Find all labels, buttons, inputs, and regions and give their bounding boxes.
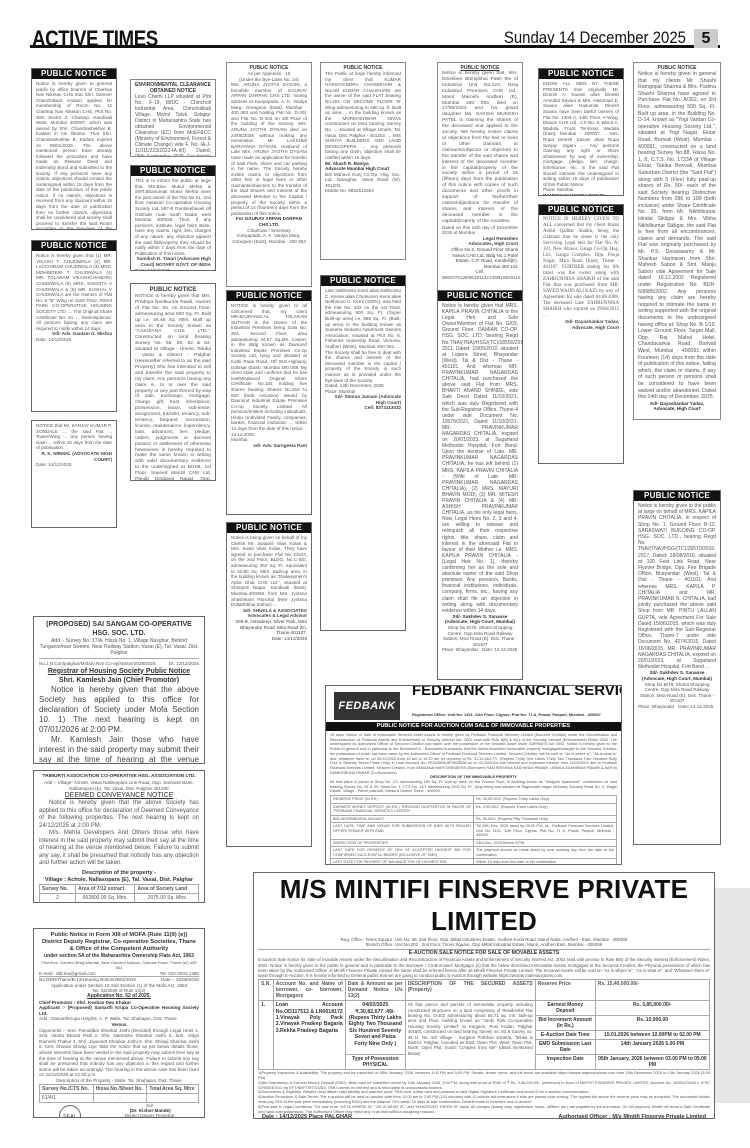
notice-body-2: M/s. Mehta Developers And Others those w… — [39, 830, 199, 868]
notice-dysani: PUBLIC NOTICE As per Appendix - 10 (Unde… — [226, 62, 312, 287]
notice-shaikh: PUBLIC NOTICE NOTICE IS HEREBY GIVEN TO … — [538, 204, 624, 464]
notice-kerni: PUBLIC NOTICE Late Nelthonso Kerni alias… — [320, 275, 406, 631]
notice-body: Notice is being given on behalf of my Cl… — [231, 535, 307, 608]
notice-heading: PUBLIC NOTICE — [539, 205, 623, 215]
table-row: LAST DATE, TIME AND VENUE FOR SUBMISSION… — [331, 823, 617, 840]
fedbank-notice-bar: PUBLIC NOTICE FOR AUCTION CUM SALE OF IM… — [326, 722, 621, 731]
notice-body-1: Notice is hereby given that the above So… — [39, 800, 199, 830]
notice-heading: PUBLIC NOTICE — [135, 286, 211, 294]
notice-address: Kanyapada, A. K. Vaidya Marg, Goregaon (… — [231, 233, 307, 244]
mofa-title-3: & Office of the Competent Authority — [39, 946, 199, 953]
possession-type: Type of PossessionPHYSICAL — [345, 1055, 405, 1070]
notice-date: Date: 14/12/2025 — [36, 462, 112, 468]
notice-mehta: PUBLIC NOTICE This is to inform the publ… — [130, 165, 216, 271]
mintifi-terms: 1)Property Inspection & Availability: Th… — [258, 1071, 710, 1114]
mintifi-auction-table: S.N. Account No. and Name of borrower, c… — [258, 979, 710, 1070]
notice-body: Notice is hereby given that, Mrs. Dineli… — [442, 71, 518, 225]
notice-signatory: Samiksh D. Tiwari (Advocate High Court) … — [135, 256, 211, 267]
notice-chaudhari: PUBLIC NOTICE The Public at large hereby… — [320, 62, 406, 260]
notice-signatory: Sd/- Simran Jumani (Advocate High Court) — [325, 394, 401, 405]
fedbank-logo: FEDBANK — [334, 692, 400, 720]
notice-trimurti: TRIMURTI ASSOCIATION CO-OPERATIVE HSG. A… — [33, 770, 205, 903]
margin-strip — [715, 888, 750, 1103]
notice-body: Notice is hereby given in general that m… — [638, 71, 716, 401]
notice-sharma: PUBLIC NOTICE Notice is hereby given in … — [633, 62, 721, 420]
property-desc-title: Description of the property - — [39, 870, 199, 877]
promoter-name: Shri. Kamlesh Jain (Chief Promotor) — [39, 676, 199, 685]
mofa-title-1: Public Notice in Form XIII of MOFA (Rule… — [39, 932, 199, 939]
notice-signatory: Sd/- Sukhdev S. Sananse (Advocate, High … — [442, 614, 518, 625]
mofa-title-2: District Deputy Registrar, Co-operative … — [39, 939, 199, 946]
notice-heading: PUBLIC NOTICE — [227, 291, 311, 301]
fedbank-auction-notice: FEDBANK FEDBANK FINANCIAL SERVICES LIMIT… — [325, 685, 622, 865]
notice-address: Office No.2, Ground Floor Shanti Niwas C… — [442, 247, 518, 269]
notice-mobile: Mobile No. 8862512604 — [325, 188, 401, 194]
fedbank-desc: All that piece & parcel of Shop No. C3, … — [330, 780, 617, 794]
society-title: (PROPOSED) SAI SANGAM CO-OPERATIVE HSG. … — [39, 620, 199, 638]
notice-date: Date: 14/12/2025 — [231, 636, 307, 642]
mintifi-notice-title: E-AUCTION SALE NOTICE FOR SALE OF MOVABL… — [258, 950, 710, 957]
mintifi-title: M/S MINTIFI FINSERVE PRIVATE LIMITED — [258, 873, 710, 937]
table-row: INSPECTION OF PROPERTIES23rd Dec, 2025 B… — [331, 839, 617, 847]
notice-environmental-clearance: ENVIRONMENTAL CLEARANCE OBTAINED NOTICE … — [130, 79, 216, 157]
mofa-applicant: Applicant :- (Proposed) Samarth Krupa Co… — [39, 1005, 199, 1016]
mintifi-auction-notice: M/S MINTIFI FINSERVE PRIVATE LIMITED Reg… — [253, 872, 715, 1119]
table-row: RESERVE PRICE (IN RS.)Rs. 30,00,000/- (R… — [331, 796, 617, 804]
notice-body: Mrs. ARUNA JYOTHI DYSANI, a bonafide mem… — [231, 82, 307, 216]
notice-suthar: PUBLIC NOTICE NOTICE is hereby given to … — [226, 290, 312, 515]
masthead: ACTIVE TIMES Sunday 14 December 2025 5 — [30, 0, 720, 48]
mofa-address: First floor, Gavdevi Bhaji Mandai, Near … — [39, 960, 199, 971]
notice-heading: PUBLIC NOTICE — [634, 491, 720, 501]
notice-chitalia-flat: PUBLIC NOTICE Notice is hereby given tha… — [437, 290, 523, 680]
mofa-footer: SEAL Sd/-(Dr. Kishor Mande)District Depu… — [39, 1103, 199, 1118]
notice-title: Advocate, High Court — [638, 406, 716, 412]
notice-heading: PUBLIC NOTICE — [438, 291, 522, 301]
fedbank-content: 15 days' Notice of Sale of Immovable Sec… — [330, 733, 617, 865]
page-number: 5 — [694, 29, 718, 48]
seal-icon: SEAL — [59, 1105, 81, 1118]
table-row: LAST DATE FOR PAYMENT OF 25% OF ACCEPTED… — [331, 847, 617, 859]
signatory-block: Sd/-(Dr. Kishor Mande)District Deputy Re… — [101, 1103, 199, 1118]
notice-heading: Registrar of Housing Society Public Noti… — [39, 667, 199, 676]
notice-body: This is to inform the public at large th… — [135, 178, 211, 256]
notice-mofa: Public Notice in Form XIII of MOFA (Rule… — [33, 928, 205, 1118]
notice-address: 206-B, Ashadeep, Silver Park, Mira Bhaya… — [231, 619, 307, 636]
notice-heading: PUBLIC NOTICE — [227, 523, 311, 533]
notice-place-date: Place: Bhayandar Date: 14.12.2025 — [638, 704, 716, 710]
notice-address: Shop No.B/78, Shanti Shopping Centre, Op… — [442, 625, 518, 647]
table-row: 1. Loan Account No.OD117512 & LN0018172 … — [259, 1001, 710, 1016]
notice-heading: PUBLIC NOTICE — [32, 241, 116, 251]
notice-signatory: sd/- Adv. Sarngeeta Pant — [231, 443, 307, 449]
society-address: Add :- Village- Achole, Vasai Nallasopar… — [39, 780, 199, 791]
notice-date: Date: 14/12/2025 — [135, 268, 211, 272]
notice-date: Dated on this 14th day of December 2025 … — [442, 225, 518, 236]
notice-body-1: Notice is hereby given that the above So… — [39, 685, 199, 735]
notice-patel: PUBLIC NOTICE Notice is hereby given tha… — [437, 62, 523, 292]
notice-body-2: Mr. Kamlesh Jain those who have interest… — [39, 735, 199, 764]
fedbank-title: FEDBANK FINANCIAL SERVICES LIMITED — [412, 688, 622, 694]
notice-signatory: Sd/- Sukhdev S. Sananse (Advocate, High … — [638, 670, 716, 681]
notice-chitalia-shop: PUBLIC NOTICE Notice is hereby given to … — [633, 490, 721, 845]
notice-heading: PUBLIC NOTICE — [539, 69, 623, 79]
table-row: BID INCREMENTAL AMOUNTRs. 50,000/- (Rupe… — [331, 815, 617, 823]
notice-body: NOTICE is hereby given that Mrs. Pradnya… — [135, 294, 211, 481]
notice-body: Notice is hereby given to general public… — [36, 81, 112, 230]
notice-heading: PUBLIC NOTICE — [32, 69, 116, 79]
notice-heading: PUBLIC NOTICE — [131, 166, 215, 176]
notice-signatory: For GAURAV ARPAN DARPAN CHS LTD. — [231, 216, 307, 227]
mofa-desc: Description of the Property - Wafe, Tal.… — [39, 1078, 199, 1084]
notice-body: Late Nelthonso Kerni alias Nelthonso C. … — [325, 288, 401, 383]
table-row: LAST DATE FOR PAYMENT OF BALANCE 75% OF … — [331, 859, 617, 865]
notice-heading: PUBLIC NOTICE — [321, 276, 405, 286]
notice-ref: No.J.N.Con/palghar/Mofa/V.Non.Co-op/Noti… — [39, 658, 199, 667]
notice-cell: Cell: 8373113032 — [325, 405, 401, 411]
notice-body: Notice is hereby given that MRS. KAPILA … — [442, 303, 518, 614]
mintifi-intro: E-auction Sale Notice for Sale of movabl… — [258, 957, 710, 978]
notice-body: Notice is hereby given to the public at … — [638, 503, 716, 670]
notice-body: The Public at large hereby informed my c… — [325, 71, 401, 161]
notice-savani: PUBLIC NOTICE KNOW ALL MEN BY THESE PRES… — [538, 68, 624, 196]
notice-body: Notice is hereby given that (1) MR. VIKA… — [36, 253, 112, 331]
notice-body: NOTICE that Mr. SANJAY KUMAR P. SONDALE … — [36, 423, 112, 451]
notice-kadam: PUBLIC NOTICE Notice is hereby given to … — [31, 68, 117, 230]
notice-heading: DEEMED CONVEYANCE NOTICE — [39, 791, 199, 800]
notice-sai-sangam: (PROPOSED) SAI SANGAM CO-OPERATIVE HSG. … — [33, 616, 205, 764]
fedbank-table: RESERVE PRICE (IN RS.)Rs. 30,00,000/- (R… — [330, 795, 617, 865]
fedbank-intro: 15 days' Notice of Sale of Immovable Sec… — [330, 733, 617, 775]
notice-cell: Cell: 9892276128/9619113213/9819920115 — [442, 269, 518, 280]
mintifi-footer: Date : 14/12/2025 Place PALGHAR Authoris… — [258, 1114, 710, 1119]
newspaper-title: ACTIVE TIMES — [32, 26, 158, 52]
table-row: EARNEST MONEY DEPOSIT (IN RS.) THROUGH D… — [331, 803, 617, 815]
table-row: 2652800.00 Sq. Mtrs.2075.00 Sq. Mtrs — [40, 893, 199, 902]
notice-body: NOTICE is hereby given to all concerned … — [231, 303, 307, 432]
notice-date: Date: 14/12/2025 — [36, 337, 112, 343]
notice-chudiwala: PUBLIC NOTICE Notice is hereby given tha… — [31, 240, 117, 412]
notice-kolas: PUBLIC NOTICE Notice is being given on b… — [226, 522, 312, 847]
property-desc-village: Village : Achole, Nallasopara (E), Tal. … — [39, 877, 199, 884]
notice-signatory: RAMESH CHANDRA TIWARI — [543, 193, 619, 196]
notice-signatory: Sd/- SHUKLA & ASSOCIATES Advocates & Leg… — [231, 608, 307, 619]
edition-date: Sunday 14 December 2025 — [504, 28, 686, 48]
notice-rawli: PUBLIC NOTICE NOTICE is hereby given tha… — [130, 283, 216, 481]
mofa-opponents: Opponents :- Smt. Parvatibai Shankar Jos… — [39, 1028, 199, 1078]
notice-address: B/6 Mahavir Kunj Co-Op. Hsg. Soc. Ltd. N… — [325, 172, 401, 189]
notice-body: KNOW ALL MEN BY THESE PRESENTS that orig… — [543, 81, 619, 187]
notice-body: Levo Chemi LLP situated at Plot No.: F-1… — [135, 94, 211, 157]
property-table: Survey No.Area of 7/12 extractArea of So… — [39, 884, 199, 903]
mintifi-branch-office: Branch Office: Unit No.202 , 2nd Floor, … — [258, 942, 710, 950]
notice-signatory: R. K. NIRMAL (ADVOCATE HIGH COURT) — [36, 451, 112, 462]
mofa-property-table: Survey No./CTS No.Hissa No./Sheet No.Tot… — [39, 1084, 199, 1103]
fedbank-registered-office: Registered Office: Unit No. 1101, 11th F… — [412, 712, 601, 718]
table-row: 51/4/1- — [40, 1093, 199, 1102]
society-address: Add :- Survey No. 17/A, Hissa No. 1, Vil… — [39, 638, 199, 656]
mofa-contact: E-mail:- ddr.tna@gmail.comTel: 022-2533 … — [39, 971, 199, 978]
mofa-title-4: under section 5A of the Maharashtra Owne… — [39, 953, 199, 960]
notice-sondale: NOTICE that Mr. SANJAY KUMAR P. SONDALE … — [31, 420, 117, 528]
notice-body: NOTICE IS HEREBY GIVEN TO ALL concerned … — [543, 217, 619, 319]
notice-address: Shop No.B/78, Shanti Shopping Centre, Op… — [638, 682, 716, 704]
notice-signatory: Sd/- Dayashankar Yadav, Advocate, High C… — [543, 319, 619, 330]
notice-place-date: Place: Bhayandar Date: 14.12.2025 — [442, 647, 518, 653]
